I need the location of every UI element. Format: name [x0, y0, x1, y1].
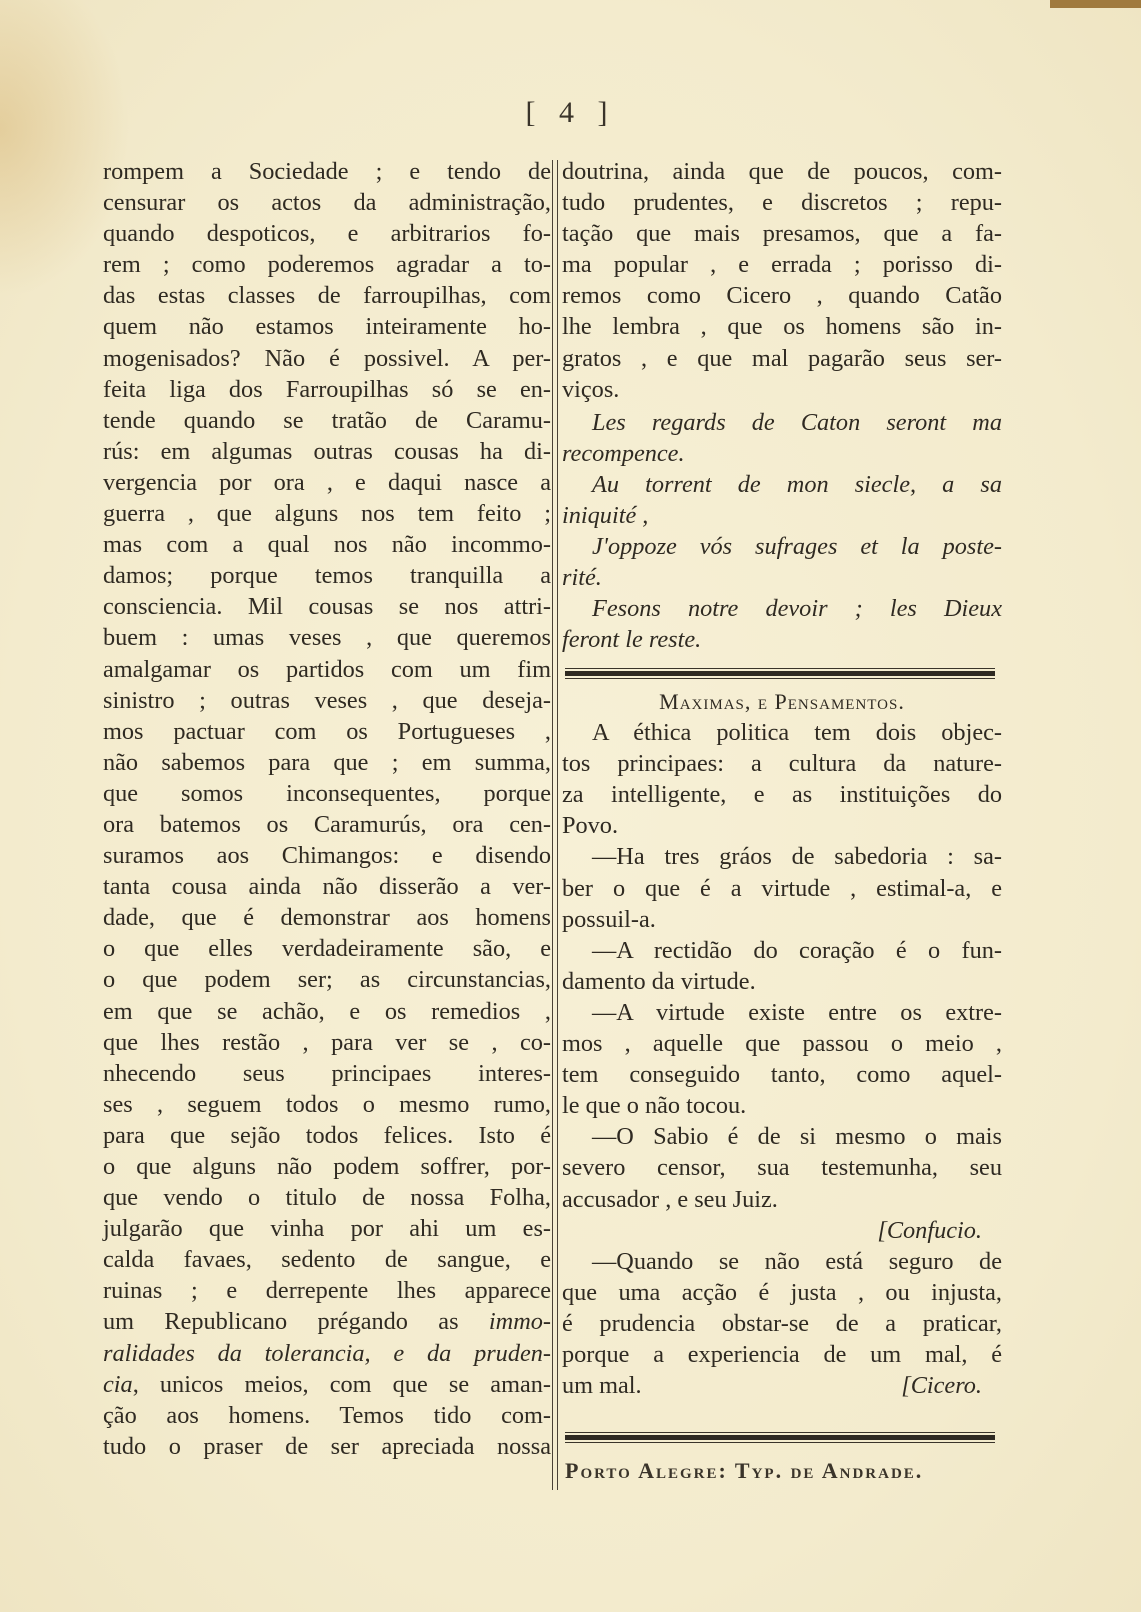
text-line: tanta cousa ainda não disserão a ver- — [103, 871, 551, 902]
text-line: que lhes restão , para ver se , co- — [103, 1027, 551, 1058]
verse-line: Les regards de Caton seront ma — [562, 407, 1002, 438]
maxim-line: —O Sabio é de si mesmo o mais — [562, 1121, 1002, 1152]
text-line: quando despoticos, e arbitrarios fo- — [103, 218, 551, 249]
text-line: tudo prudentes, e discretos ; repu- — [562, 187, 1002, 218]
maxim-line: um mal.[Cicero. — [562, 1370, 1002, 1401]
footer-rule — [565, 1432, 995, 1442]
left-column: rompem a Sociedade ; e tendo de censurar… — [103, 156, 551, 1462]
section-title: Maximas, e Pensamentos. — [562, 686, 1002, 717]
verse-line: Fesons notre devoir ; les Dieux — [562, 593, 1002, 624]
text-line: lhe lembra , que os homens são in- — [562, 311, 1002, 342]
text-line: tação que mais presamos, que a fa- — [562, 218, 1002, 249]
maxim-line: ber o que é a virtude , estimal-a, e — [562, 873, 1002, 904]
maxim-line: —A virtude existe entre os extre- — [562, 997, 1002, 1028]
text-line: ses , seguem todos o mesmo rumo, — [103, 1089, 551, 1120]
maxim-line: que uma acção é justa , ou injusta, — [562, 1277, 1002, 1308]
text-line: julgarão que vinha por ahi um es- — [103, 1213, 551, 1244]
maxim-line: accusador , e seu Juiz. — [562, 1184, 1002, 1215]
french-verse-quote: Les regards de Caton seront ma recompenc… — [562, 407, 1002, 656]
text-line: tudo o praser de ser apreciada nossa — [103, 1431, 551, 1462]
text-line: que vendo o titulo de nossa Folha, — [103, 1182, 551, 1213]
text-roman: um Republicano prégando as — [103, 1308, 489, 1335]
text-line: ora batemos os Caramurús, ora cen- — [103, 809, 551, 840]
text-line: ma popular , e errada ; porisso di- — [562, 249, 1002, 280]
text-line: calda favaes, sedento de sangue, e — [103, 1244, 551, 1275]
text-line: mogenisados? Não é possivel. A per- — [103, 343, 551, 374]
text-line: cia, unicos meios, com que se aman- — [103, 1369, 551, 1400]
maxims-section: Maximas, e Pensamentos. A éthica politic… — [562, 686, 1002, 1401]
section-rule — [565, 668, 995, 678]
text-line: buem : umas veses , que queremos — [103, 622, 551, 653]
page-edge-shadow — [1050, 0, 1141, 8]
text-line: nhecendo seus principaes interes- — [103, 1058, 551, 1089]
maxim-line: —Quando se não está seguro de — [562, 1246, 1002, 1277]
text-roman: , unicos meios, com que se aman- — [133, 1371, 551, 1398]
text-line: ruinas ; e derrepente lhes apparece — [103, 1275, 551, 1306]
text-line: para que sejão todos felices. Isto é — [103, 1120, 551, 1151]
maxim-line: —A rectidão do coração é o fun- — [562, 935, 1002, 966]
maxim-line: é prudencia obstar-se de a praticar, — [562, 1308, 1002, 1339]
text-line: rompem a Sociedade ; e tendo de — [103, 156, 551, 187]
text-line: das estas classes de farroupilhas, com — [103, 280, 551, 311]
text-line: viços. — [562, 374, 1002, 405]
text-line: o que podem ser; as circunstancias, — [103, 964, 551, 995]
text-line: guerra , que alguns nos tem feito ; — [103, 498, 551, 529]
maxim-line: mos , aquelle que passou o meio , — [562, 1028, 1002, 1059]
text-line: mos pactuar com os Portugueses , — [103, 716, 551, 747]
maxim-final-text: um mal. — [562, 1372, 642, 1399]
text-italic: cia — [103, 1371, 133, 1398]
verse-line: Au torrent de mon siecle, a sa — [562, 469, 1002, 500]
text-line: o que alguns não podem soffrer, por- — [103, 1151, 551, 1182]
text-line: que somos inconsequentes, porque — [103, 778, 551, 809]
text-line: dade, que é demonstrar aos homens — [103, 902, 551, 933]
text-line: consciencia. Mil cousas se nos attri- — [103, 591, 551, 622]
text-line: quem não estamos inteiramente ho- — [103, 311, 551, 342]
maxim-line: A éthica politica tem dois objec- — [562, 717, 1002, 748]
text-italic: immo- — [489, 1308, 551, 1335]
text-line: um Republicano prégando as immo- — [103, 1306, 551, 1337]
verse-line: J'oppoze vós sufrages et la poste- — [562, 531, 1002, 562]
maxim-line: Povo. — [562, 810, 1002, 841]
verse-line: rité. — [562, 562, 1002, 593]
verse-line: feront le reste. — [562, 624, 1002, 655]
text-line: sinistro ; outras veses , que deseja- — [103, 685, 551, 716]
text-line: vergencia por ora , e daqui nasce a — [103, 467, 551, 498]
text-line: amalgamar os partidos com um fim — [103, 654, 551, 685]
text-line: tende quando se tratão de Caramu- — [103, 405, 551, 436]
maxim-line: severo censor, sua testemunha, seu — [562, 1152, 1002, 1183]
verse-line: iniquité , — [562, 500, 1002, 531]
attribution-cicero: [Cicero. — [901, 1370, 1002, 1401]
text-line: não sabemos para que ; em summa, — [103, 747, 551, 778]
text-line: damos; porque temos tranquilla a — [103, 560, 551, 591]
maxim-line: tos principaes: a cultura da nature- — [562, 748, 1002, 779]
text-line: ção aos homens. Temos tido com- — [103, 1400, 551, 1431]
maxim-line: damento da virtude. — [562, 966, 1002, 997]
verse-line: recompence. — [562, 438, 1002, 469]
text-line: doutrina, ainda que de poucos, com- — [562, 156, 1002, 187]
text-line: feita liga dos Farroupilhas só se en- — [103, 374, 551, 405]
maxim-line: le que o não tocou. — [562, 1090, 1002, 1121]
printer-imprint: Porto Alegre: Typ. de Andrade. — [565, 1458, 995, 1484]
attribution-confucio: [Confucio. — [562, 1215, 1002, 1246]
maxim-line: porque a experiencia de um mal, é — [562, 1339, 1002, 1370]
text-line: em que se achão, e os remedios , — [103, 996, 551, 1027]
text-line: rem ; como poderemos agradar a to- — [103, 249, 551, 280]
newspaper-page: [ 4 ] rompem a Sociedade ; e tendo de ce… — [0, 0, 1141, 1612]
maxim-line: possuil-a. — [562, 904, 1002, 935]
text-line: o que elles verdadeiramente são, e — [103, 933, 551, 964]
text-line-italic: ralidades da tolerancia, e da pruden- — [103, 1338, 551, 1369]
page-number: [ 4 ] — [0, 96, 1141, 130]
maxim-line: za intelligente, e as instituições do — [562, 779, 1002, 810]
text-line: rús: em algumas outras cousas ha di- — [103, 436, 551, 467]
text-line: mas com a qual nos não incommo- — [103, 529, 551, 560]
text-line: suramos aos Chimangos: e disendo — [103, 840, 551, 871]
maxim-line: —Ha tres gráos de sabedoria : sa- — [562, 841, 1002, 872]
right-column: doutrina, ainda que de poucos, com- tudo… — [562, 156, 1002, 656]
maxim-line: tem conseguido tanto, como aquel- — [562, 1059, 1002, 1090]
text-line: remos como Cicero , quando Catão — [562, 280, 1002, 311]
text-line: gratos , e que mal pagarão seus ser- — [562, 343, 1002, 374]
column-divider — [552, 160, 558, 1490]
text-line: censurar os actos da administração, — [103, 187, 551, 218]
